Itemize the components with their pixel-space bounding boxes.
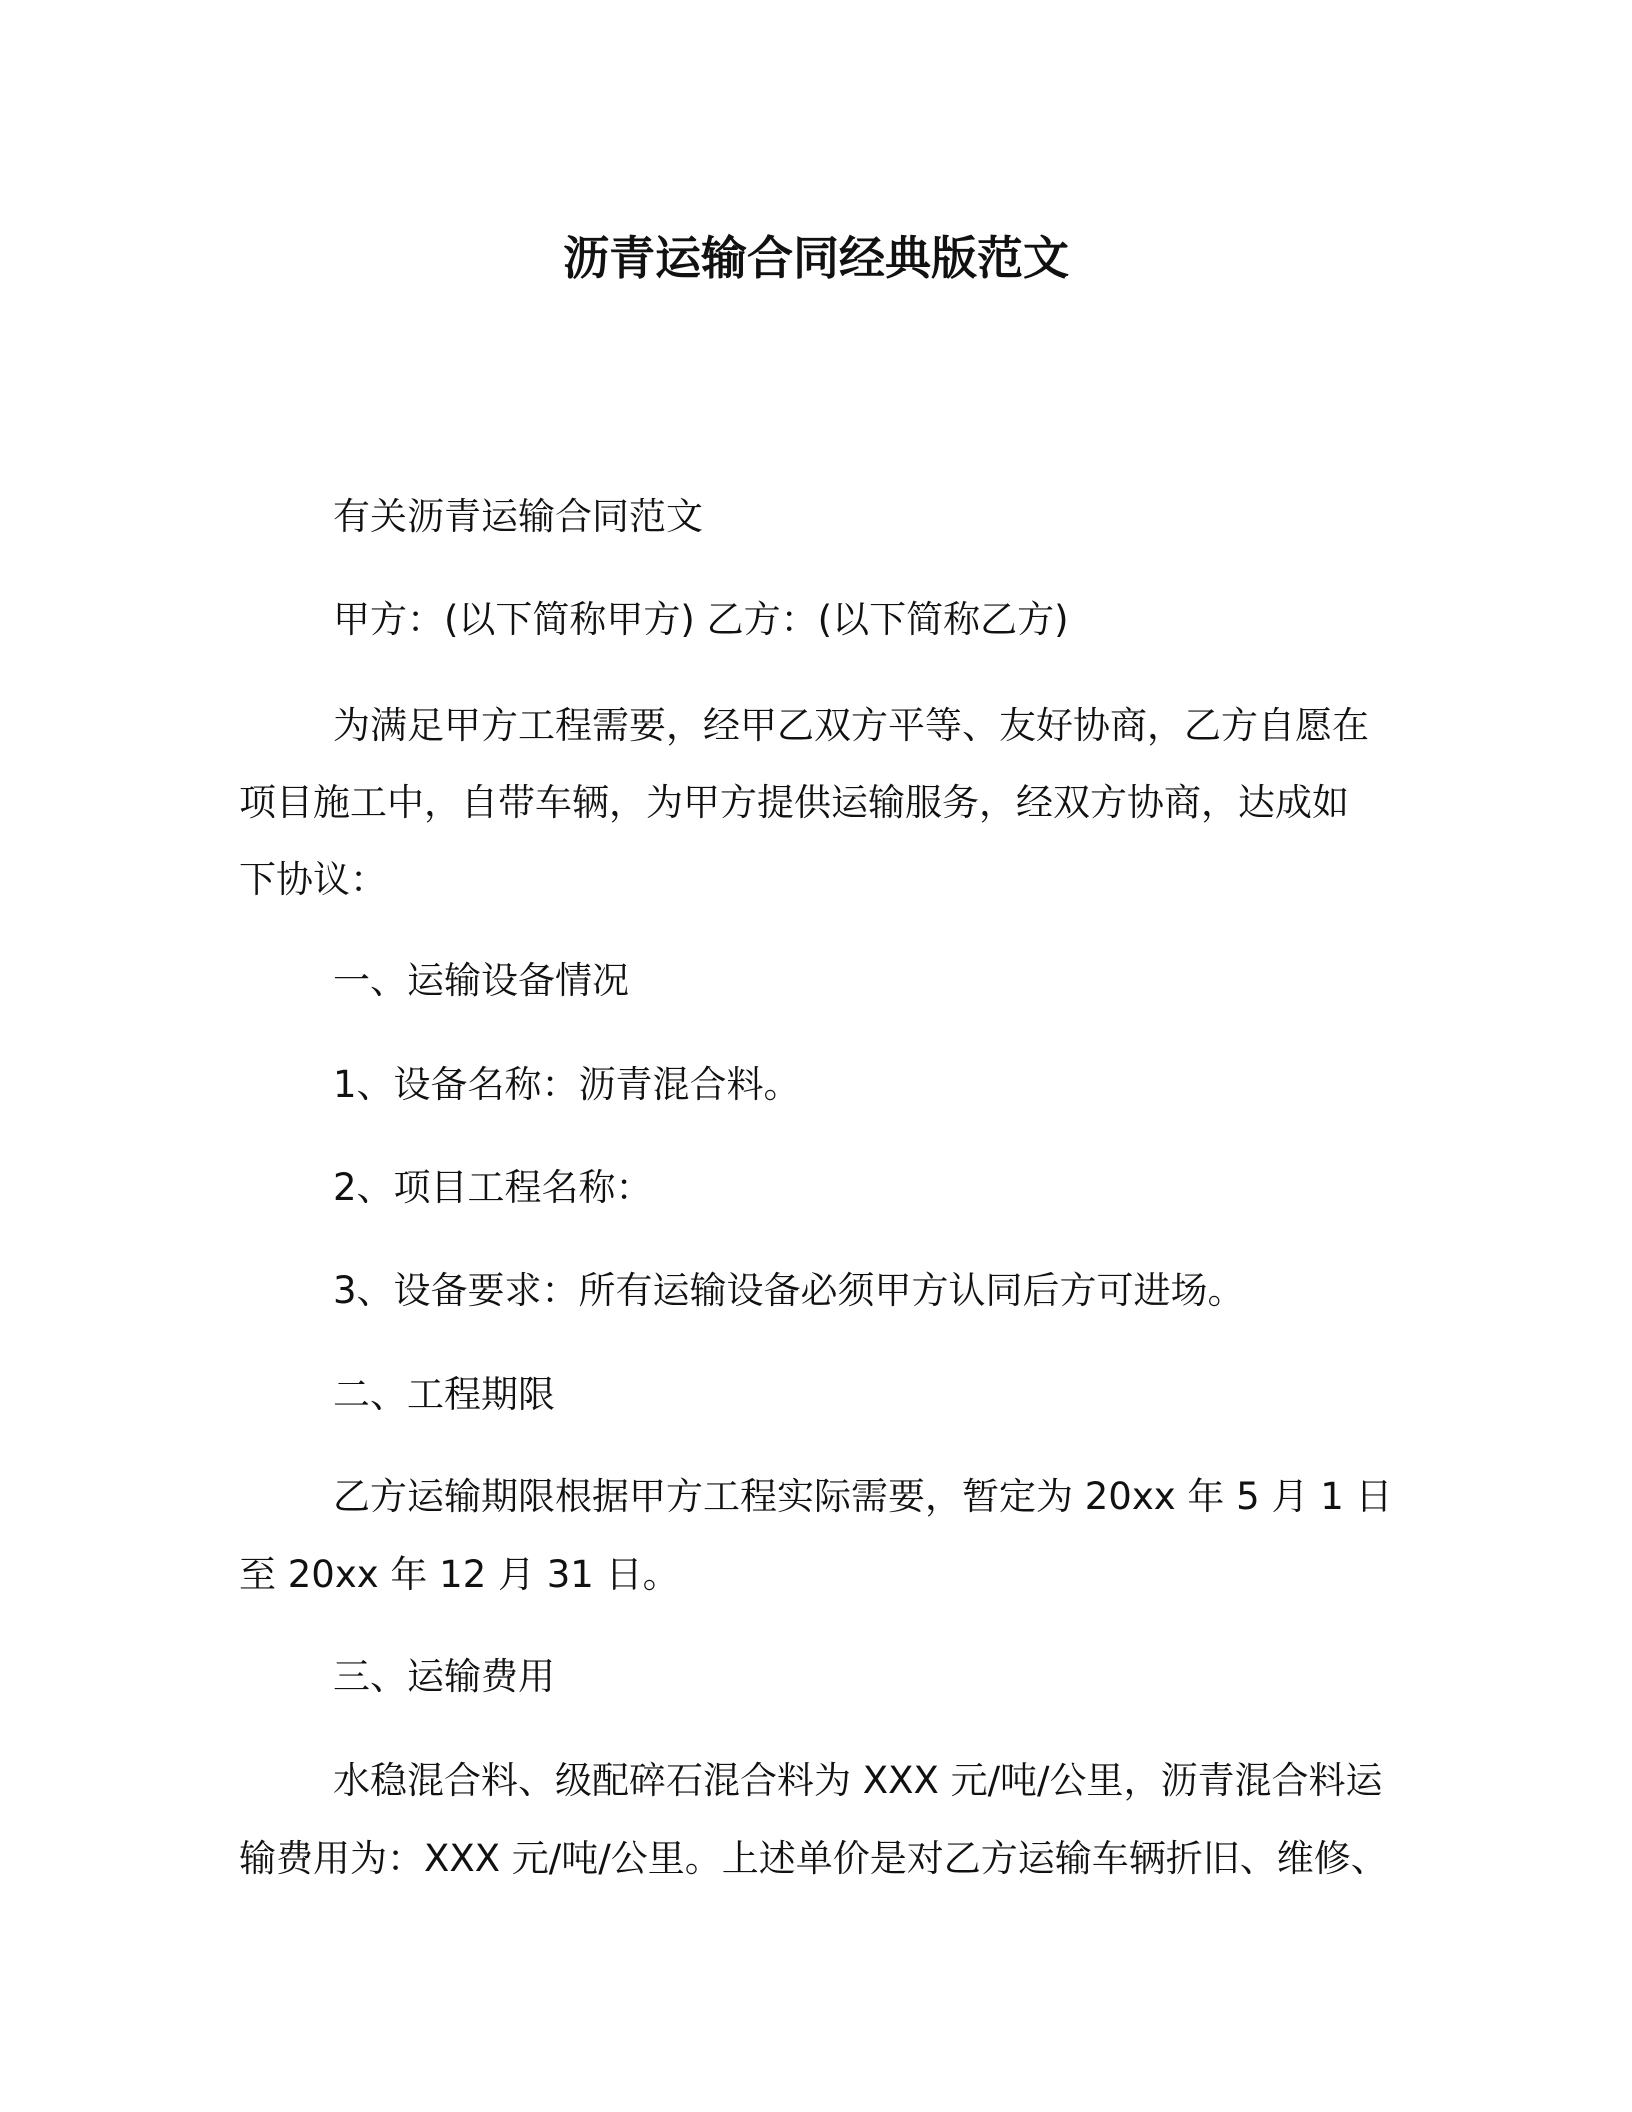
section-heading-2: 二、工程期限 <box>333 1373 555 1417</box>
section-heading-1: 一、运输设备情况 <box>333 959 629 1003</box>
section-3-paragraph-line-1: 水稳混合料、级配碎石混合料为 XXX 元/吨/公里，沥青混合料运 <box>333 1759 1383 1803</box>
document-page: 沥青运输合同经典版范文 有关沥青运输合同范文 甲方：(以下简称甲方) 乙方：(以… <box>0 0 1632 2112</box>
intro-paragraph-line-3: 下协议： <box>239 858 387 902</box>
section-heading-3: 三、运输费用 <box>333 1655 555 1699</box>
section-2-paragraph-line-2: 至 20xx 年 12 月 31 日。 <box>239 1553 680 1597</box>
section-1-item-2: 2、项目工程名称： <box>333 1166 653 1210</box>
section-1-item-3: 3、设备要求：所有运输设备必须甲方认同后方可进场。 <box>333 1269 1245 1313</box>
section-3-paragraph-line-2: 输费用为：XXX 元/吨/公里。上述单价是对乙方运输车辆折旧、维修、 <box>239 1837 1388 1881</box>
subtitle-line: 有关沥青运输合同范文 <box>333 495 703 539</box>
document-title: 沥青运输合同经典版范文 <box>0 222 1632 288</box>
intro-paragraph-line-1: 为满足甲方工程需要，经甲乙双方平等、友好协商，乙方自愿在 <box>333 704 1369 748</box>
section-1-item-1: 1、设备名称：沥青混合料。 <box>333 1063 801 1107</box>
intro-paragraph-line-2: 项目施工中，自带车辆，为甲方提供运输服务，经双方协商，达成如 <box>239 781 1349 825</box>
parties-line: 甲方：(以下简称甲方) 乙方：(以下简称乙方) <box>333 598 1069 642</box>
section-2-paragraph-line-1: 乙方运输期限根据甲方工程实际需要，暂定为 20xx 年 5 月 1 日 <box>333 1475 1393 1519</box>
